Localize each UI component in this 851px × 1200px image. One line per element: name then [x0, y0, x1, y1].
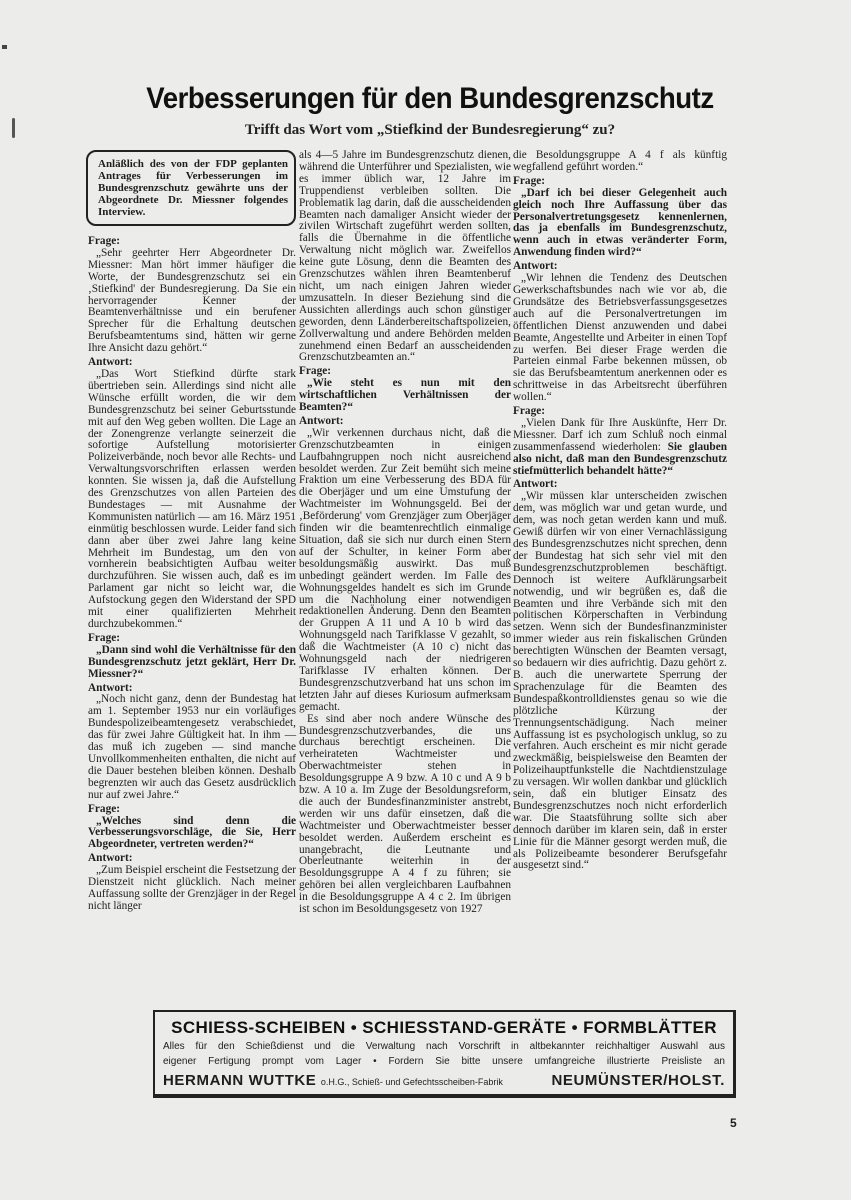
binding-mark: [12, 118, 15, 138]
question-text: „Dann sind wohl die Verhältnisse für den…: [88, 645, 296, 681]
advertisement: SCHIESS-SCHEIBEN • SCHIESSTAND-GERÄTE • …: [153, 1010, 736, 1098]
intro-box: Anläßlich des von der FDP geplanten Antr…: [86, 150, 296, 226]
ad-body-line-2: eigener Fertigung prompt vom Lager • For…: [163, 1056, 725, 1068]
column-2: als 4—5 Jahre im Bundesgrenzschutz diene…: [299, 150, 511, 916]
ad-company-name: HERMANN WUTTKE: [163, 1072, 316, 1089]
scan-mark: [2, 45, 7, 49]
question-text: „Darf ich bei dieser Gelegenheit auch gl…: [513, 188, 727, 259]
column-3: die Besoldungsgruppe A 4 f als künftig w…: [513, 150, 727, 872]
answer-text-start: Es sind aber noch andere Wünsche des Bun…: [299, 714, 511, 916]
answer-text-continued: die Besoldungsgruppe A 4 f als künftig w…: [513, 150, 727, 174]
ad-company-detail: o.H.G., Schieß- und Gefechtsscheiben-Fab…: [321, 1077, 503, 1087]
answer-text-start: „Zum Beispiel erscheint die Festsetzung …: [88, 865, 296, 913]
ad-company-block: HERMANN WUTTKE o.H.G., Schieß- und Gefec…: [163, 1072, 503, 1090]
ad-body-line-1: Alles für den Schießdienst und die Verwa…: [163, 1041, 725, 1053]
question-label: Frage:: [88, 804, 296, 816]
answer-text: „Noch nicht ganz, denn der Bundestag hat…: [88, 694, 296, 801]
answer-text: „Das Wort Stiefkind dürfte stark übertri…: [88, 369, 296, 631]
page-number: 5: [730, 1116, 737, 1130]
ad-location: NEUMÜNSTER/HOLST.: [551, 1072, 725, 1089]
question-text: „Vielen Dank für Ihre Auskünfte, Herr Dr…: [513, 418, 727, 478]
answer-text-continued: als 4—5 Jahre im Bundesgrenzschutz diene…: [299, 150, 511, 364]
answer-text: „Wir verkennen durchaus nicht, daß die G…: [299, 428, 511, 714]
column-1: Anläßlich des von der FDP geplanten Antr…: [88, 150, 296, 913]
question-text: „Sehr geehrter Herr Abgeordneter Dr. Mie…: [88, 248, 296, 355]
ad-headline: SCHIESS-SCHEIBEN • SCHIESSTAND-GERÄTE • …: [155, 1018, 733, 1038]
answer-text: „Wir lehnen die Tendenz des Deutschen Ge…: [513, 273, 727, 404]
article-subtitle: Trifft das Wort vom „Stiefkind der Bunde…: [80, 122, 780, 139]
question-label: Frage:: [513, 176, 727, 188]
ad-footer: HERMANN WUTTKE o.H.G., Schieß- und Gefec…: [163, 1072, 725, 1090]
answer-text: „Wir müssen klar unterscheiden zwischen …: [513, 491, 727, 872]
article-title: Verbesserungen für den Bundesgrenzschutz: [108, 82, 752, 116]
question-text: „Welches sind denn die Verbesserungsvors…: [88, 816, 296, 852]
magazine-page: Verbesserungen für den Bundesgrenzschutz…: [0, 0, 851, 1200]
question-text: „Wie steht es nun mit den wirtschaftlich…: [299, 378, 511, 414]
